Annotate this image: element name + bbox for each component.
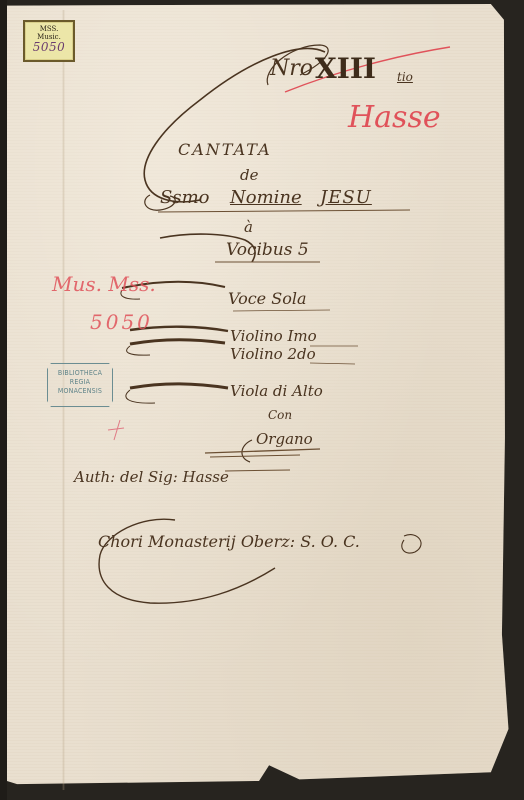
shelf-label-line1: MSS. xyxy=(25,25,73,33)
title-line3-ssmo: Ssmo xyxy=(160,187,209,208)
title-line2: de xyxy=(240,166,258,184)
red-shelfmark-line1: Mus. Mss. xyxy=(52,272,156,296)
title-line3-jesu: JESU xyxy=(320,187,372,208)
red-composer-annotation: Hasse xyxy=(348,100,441,135)
instrument-voice: Voce Sola xyxy=(228,289,306,308)
ownership-line: Chori Monasterij Oberz: S. O. C. xyxy=(98,532,360,551)
author-line: Auth: del Sig: Hasse xyxy=(74,468,229,486)
continuo-con: Con xyxy=(268,408,292,422)
instrument-violin-1: Violino Imo xyxy=(230,327,317,345)
instrument-violin-2: Violino 2do xyxy=(230,345,316,363)
number-roman: XIII xyxy=(315,52,376,85)
shelf-label-number: 5050 xyxy=(25,41,73,54)
number-suffix: tio xyxy=(397,70,413,84)
red-shelfmark-line2: 5050 xyxy=(90,310,153,334)
continuo-organ: Organo xyxy=(256,430,313,448)
title-line3-nomine: Nomine xyxy=(230,187,302,208)
title-line5: Vocibus 5 xyxy=(226,240,309,260)
stamp-line3: MONACENSIS xyxy=(48,385,112,397)
binding-edge xyxy=(0,0,7,800)
library-stamp: BIBLIOTHECA REGIA MONACENSIS xyxy=(47,363,113,407)
title-line4: à xyxy=(244,218,253,236)
title-line1: CANTATA xyxy=(178,140,272,159)
instrument-viola: Viola di Alto xyxy=(230,382,323,400)
number-prefix: Nro xyxy=(270,56,313,81)
shelf-label: MSS. Music. 5050 xyxy=(23,20,75,62)
